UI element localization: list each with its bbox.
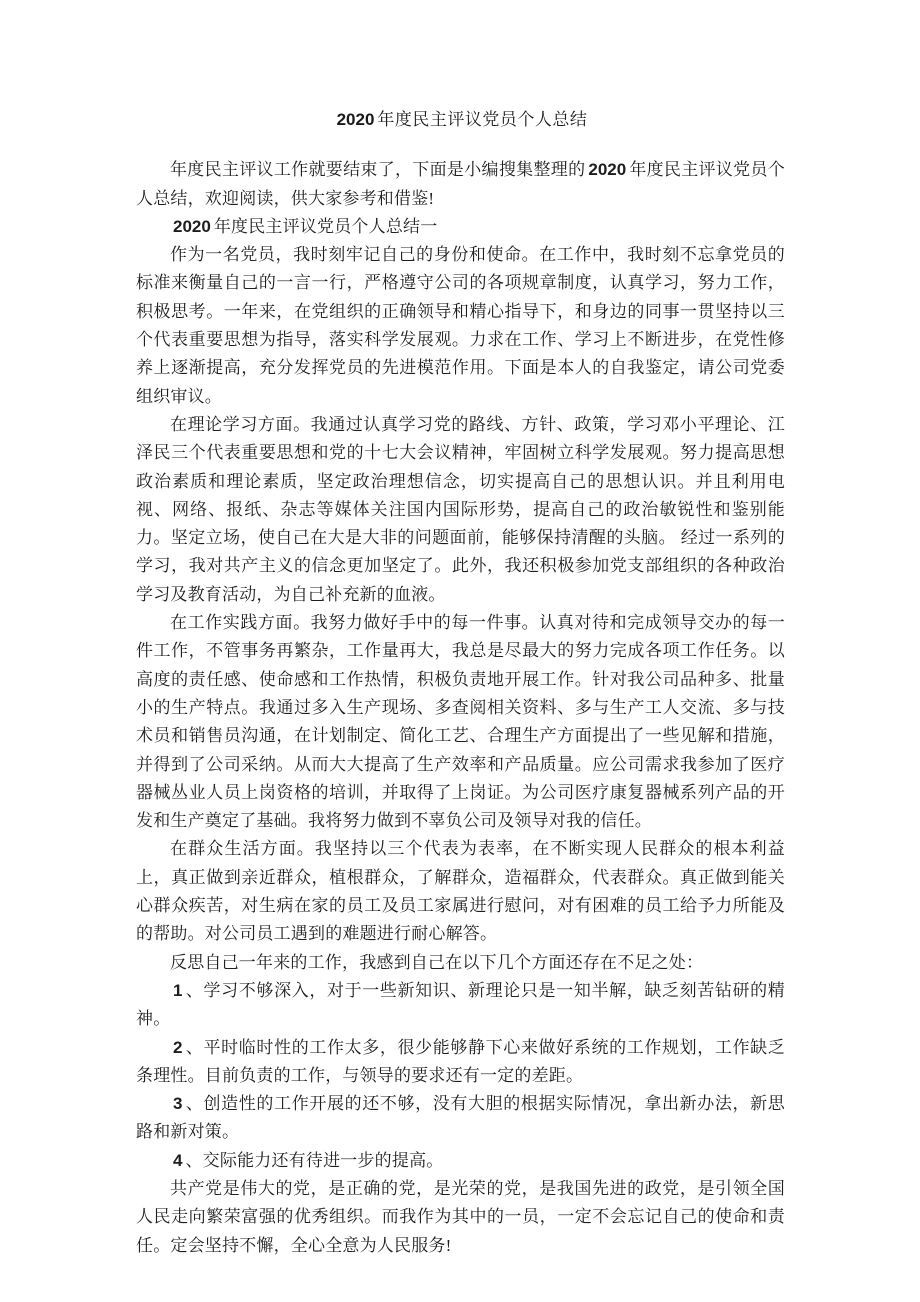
digit-run: 3 (173, 1094, 182, 1113)
digit-run: 2 (173, 1038, 182, 1057)
section-subheading: 2020年度民主评议党员个人总结一 (136, 213, 785, 241)
digit-run: 2020 (173, 217, 211, 236)
document-page: 2020年度民主评议党员个人总结 年度民主评议工作就要结束了，下面是小编搜集整理… (0, 0, 920, 1302)
title-text: 年度民主评议党员个人总结 (377, 110, 587, 129)
paragraph: 年度民主评议工作就要结束了，下面是小编搜集整理的2020年度民主评议党员个人总结… (136, 156, 785, 213)
paragraph: 2、平时临时性的工作太多，很少能够静下心来做好系统的工作规划，工作缺乏条理性。目… (136, 1034, 785, 1091)
paragraph: 共产党是伟大的党，是正确的党，是光荣的党，是我国先进的政党，是引领全国人民走向繁… (136, 1175, 785, 1260)
paragraph: 3、创造性的工作开展的还不够，没有大胆的根据实际情况，拿出新办法，新思路和新对策… (136, 1090, 785, 1147)
digit-run: 1 (173, 981, 182, 1000)
document-title: 2020年度民主评议党员个人总结 (136, 106, 785, 134)
document-content: 2020年度民主评议党员个人总结 年度民主评议工作就要结束了，下面是小编搜集整理… (136, 106, 785, 1260)
digit-run: 2020 (588, 160, 626, 179)
paragraph: 反思自己一年来的工作，我感到自己在以下几个方面还存在不足之处： (136, 949, 785, 977)
paragraph: 1、学习不够深入，对于一些新知识、新理论只是一知半解，缺乏刻苦钻研的精神。 (136, 977, 785, 1034)
paragraph: 作为一名党员，我时刻牢记自己的身份和使命。在工作中，我时刻不忘拿党员的标准来衡量… (136, 241, 785, 411)
digit-run: 4 (173, 1151, 182, 1170)
paragraph: 4、交际能力还有待进一步的提高。 (136, 1147, 785, 1175)
title-year: 2020 (337, 110, 375, 129)
paragraph: 在理论学习方面。我通过认真学习党的路线、方针、政策，学习邓小平理论、江泽民三个代… (136, 411, 785, 609)
paragraph: 在工作实践方面。我努力做好手中的每一件事。认真对待和完成领导交办的每一件工作，不… (136, 609, 785, 835)
document-body: 年度民主评议工作就要结束了，下面是小编搜集整理的2020年度民主评议党员个人总结… (136, 156, 785, 1260)
paragraph: 在群众生活方面。我坚持以三个代表为表率，在不断实现人民群众的根本利益上，真正做到… (136, 835, 785, 948)
